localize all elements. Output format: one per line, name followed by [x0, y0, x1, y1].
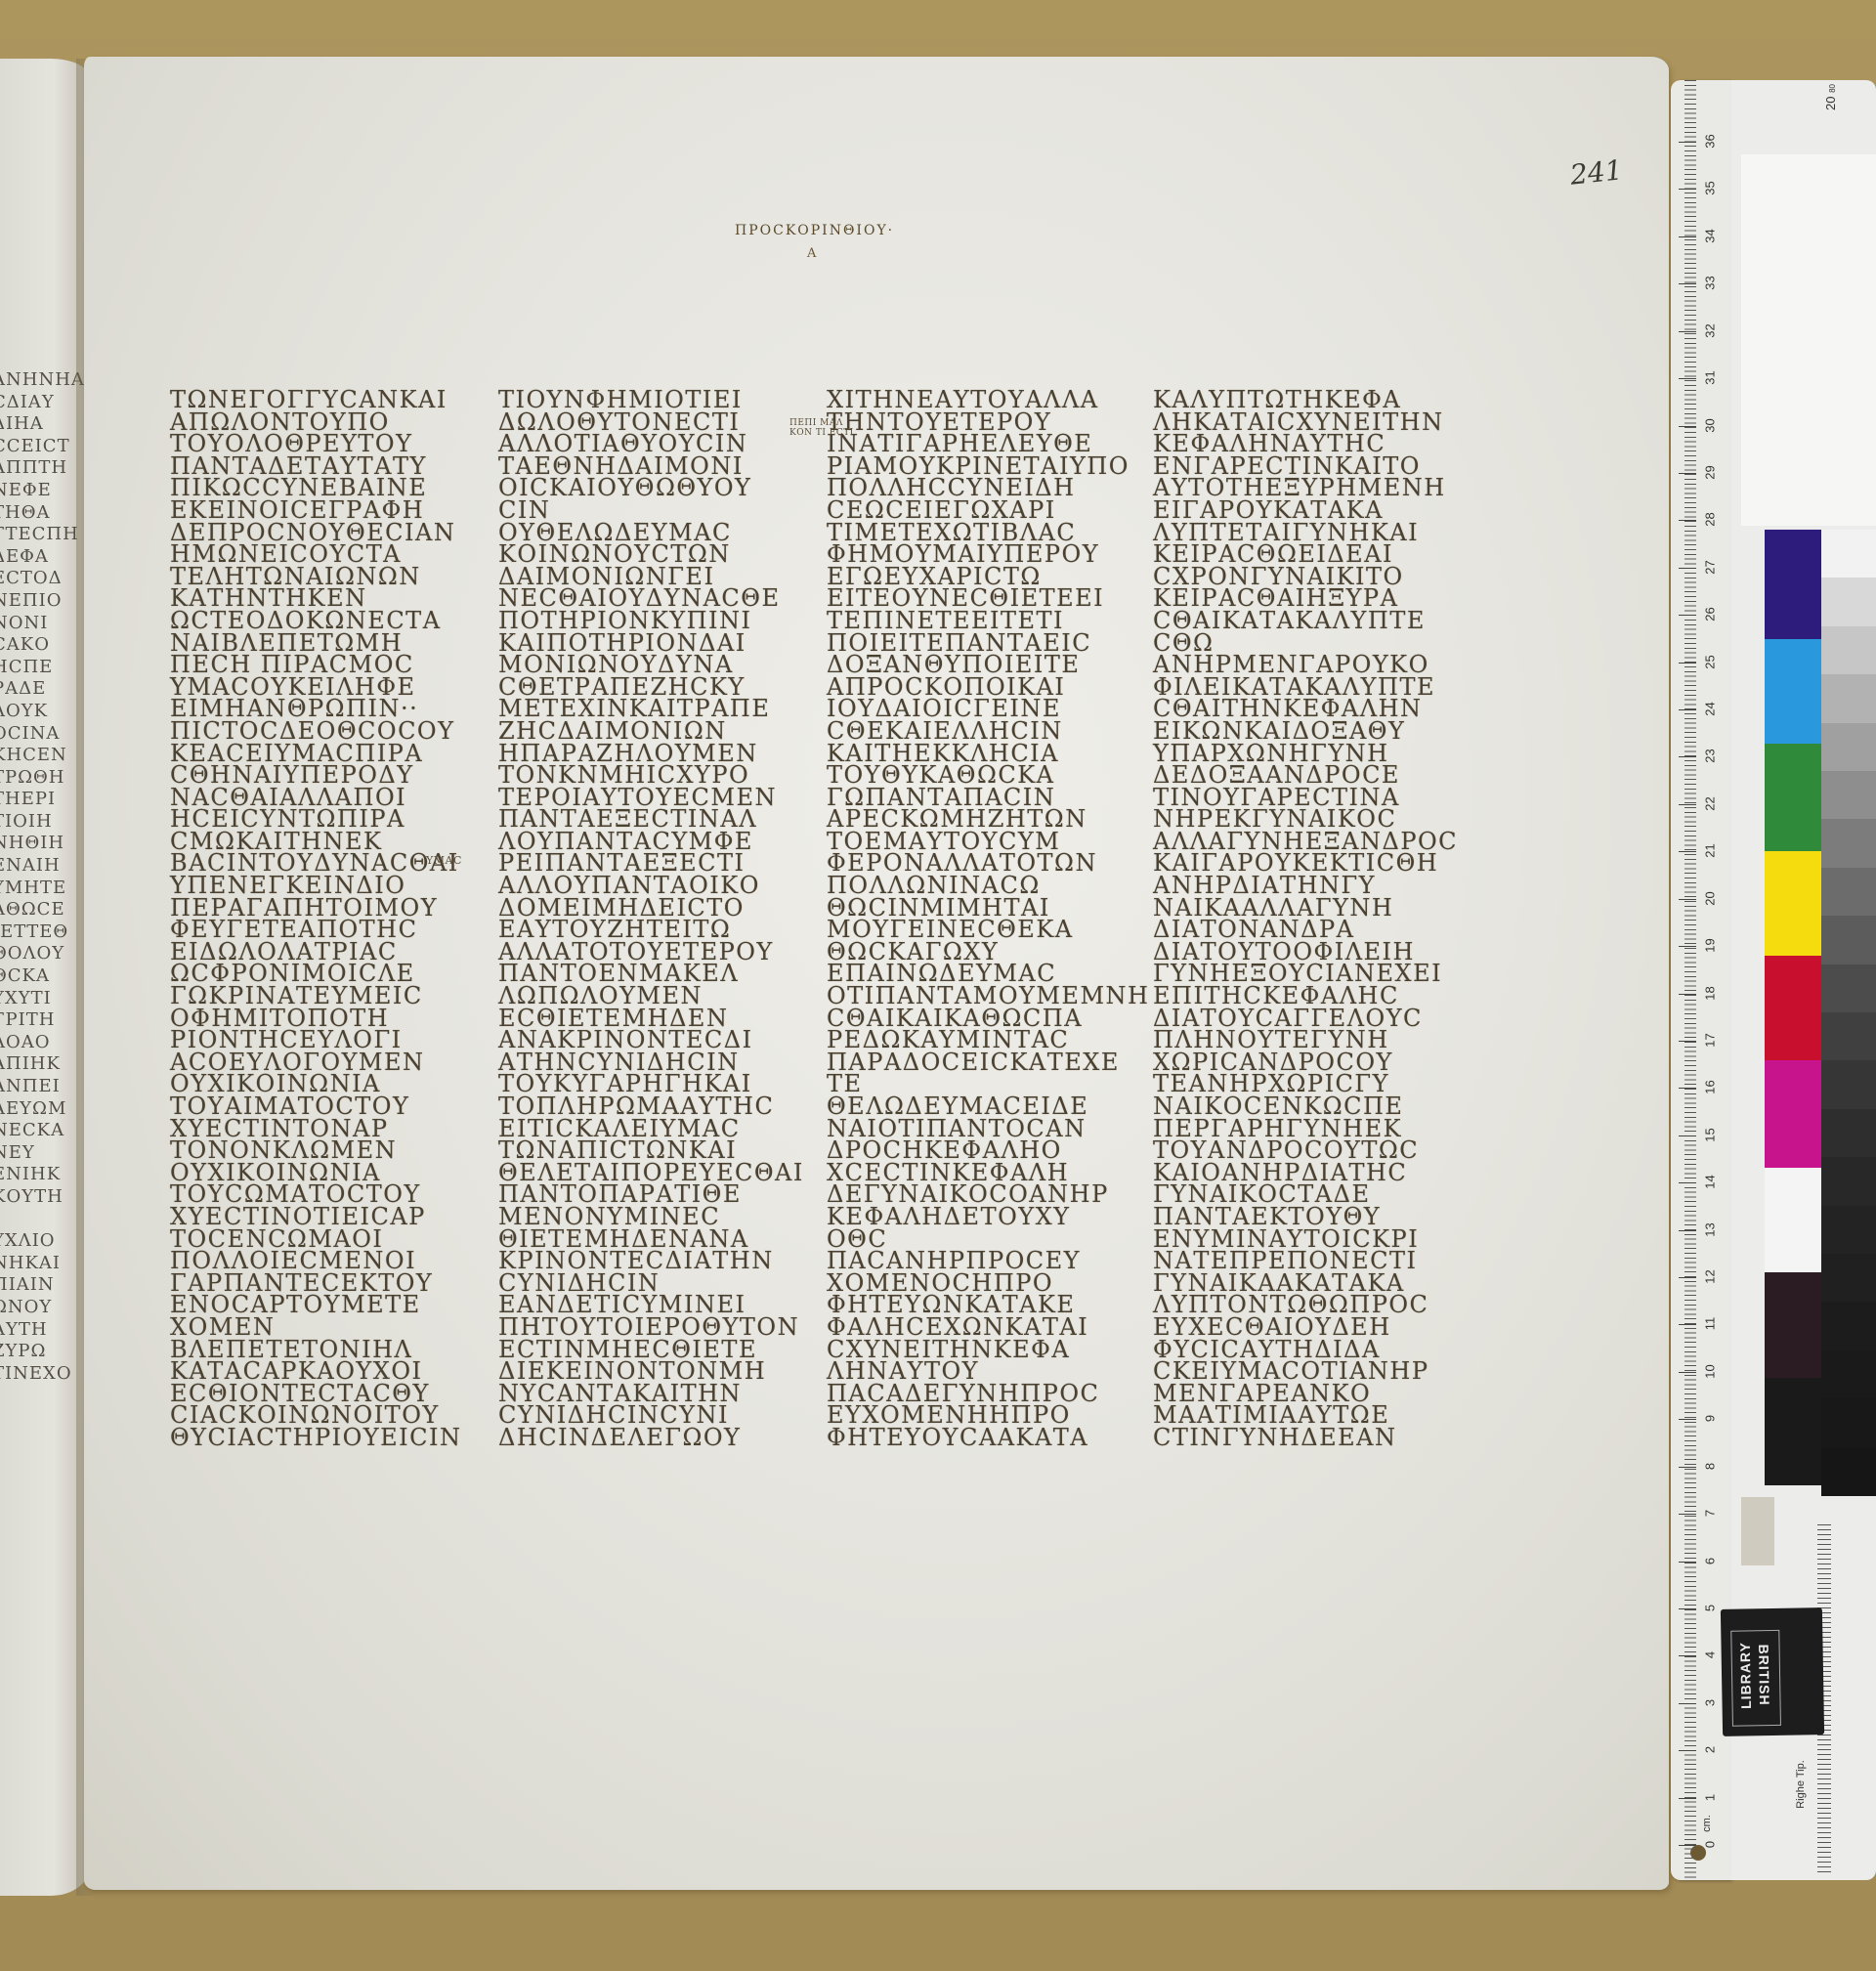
- ruler-major-tick: [1679, 756, 1696, 757]
- gray-step: [1821, 1206, 1876, 1255]
- ruler-major-tick: [1679, 189, 1696, 190]
- ruler-major-tick: [1679, 1135, 1696, 1136]
- previous-page-line: ΓΤΕCΠΗ: [0, 524, 76, 546]
- ruler-major-tick: [1679, 1562, 1696, 1563]
- ruler-major-tick: [1679, 1088, 1696, 1089]
- gray-step: [1821, 530, 1876, 578]
- gray-step: [1821, 674, 1876, 723]
- ruler-number: 28: [1703, 510, 1718, 530]
- ruler-major-tick: [1679, 473, 1696, 474]
- ruler-major-tick: [1679, 1182, 1696, 1183]
- ruler-major-tick: [1679, 804, 1696, 805]
- ruler-major-tick: [1679, 331, 1696, 332]
- previous-page-line: ΝΟΝΙ: [0, 613, 76, 635]
- ruler-number: 6: [1703, 1551, 1718, 1570]
- previous-page-line: CΑΚΟ: [0, 634, 76, 657]
- previous-page-line: ΑΕΥΩΜ: [0, 1098, 76, 1121]
- ruler-major-tick: [1679, 851, 1696, 852]
- ruler-hole: [1690, 1845, 1706, 1861]
- previous-page-line: ΤΗΘΑ: [0, 502, 76, 525]
- ruler-number: 35: [1703, 179, 1718, 198]
- ruler-major-tick: [1679, 1655, 1696, 1656]
- previous-page-line: ΤΙΟΙΗ: [0, 811, 76, 834]
- gray-step: [1821, 1254, 1876, 1303]
- ruler-major-tick: [1679, 236, 1696, 237]
- color-patch-yellow: [1765, 851, 1821, 956]
- previous-page-line: ΝΕCΚΑ: [0, 1120, 76, 1142]
- ruler-major-tick: [1679, 946, 1696, 947]
- ruler-number: 26: [1703, 605, 1718, 624]
- manuscript-line: ΔΗCΙΝΔΕΛΕΓΩΟΥ: [498, 1427, 821, 1449]
- ruler-number: 13: [1703, 1220, 1718, 1239]
- ruler-major-tick: [1679, 1514, 1696, 1515]
- color-patch-black: [1765, 1378, 1821, 1485]
- previous-page-line: ΝΕΠΙΟ: [0, 590, 76, 613]
- marginal-note: ΠΕΠΙ ΜΑΛ ΚΟΝ ΤΙ ΕCΤΙ: [789, 418, 854, 438]
- ruler-number: 24: [1703, 700, 1718, 719]
- secondary-scale-label: Righe Tip.: [1795, 1760, 1807, 1809]
- previous-page-line: ΕΝΙΗΚ: [0, 1164, 76, 1186]
- previous-page-line: ΥΧΥΤΙ: [0, 988, 76, 1010]
- gray-step: [1821, 868, 1876, 917]
- previous-page-line: ΙΕΤΤΕΘ: [0, 921, 76, 944]
- ruler-major-tick: [1679, 1230, 1696, 1231]
- ruler-major-tick: [1679, 1467, 1696, 1468]
- ruler-number: 18: [1703, 983, 1718, 1003]
- ruler-major-tick: [1679, 142, 1696, 143]
- previous-page-line: ΩΝΟΥ: [0, 1297, 76, 1319]
- ruler-number: 15: [1703, 1125, 1718, 1144]
- ruler-unit-label: cm.: [1701, 1815, 1713, 1832]
- gray-step: [1821, 723, 1876, 772]
- ruler-number: 11: [1703, 1314, 1718, 1334]
- ruler-number: 12: [1703, 1267, 1718, 1287]
- folio-number: 241: [1568, 153, 1624, 191]
- previous-page-line: ΝΗΚΑΙ: [0, 1253, 76, 1275]
- previous-page-line: ΘΟΛΟΥ: [0, 943, 76, 965]
- ruler-number: 1: [1703, 1787, 1718, 1807]
- previous-page-line: ΠΙΑΙΝ: [0, 1274, 76, 1297]
- ruler-number: 23: [1703, 747, 1718, 766]
- color-patch-red: [1765, 956, 1821, 1060]
- manuscript-line: ΦΗΤΕΥΟΥCΑΑΚΑΤΑ: [827, 1427, 1149, 1449]
- ruler-number: 32: [1703, 321, 1718, 340]
- previous-page-line: ΥΧΛΙΟ: [0, 1230, 76, 1253]
- quire-mark: Α: [807, 246, 816, 261]
- ruler-number: 14: [1703, 1173, 1718, 1192]
- previous-page-line: ΑΘΩCΕ: [0, 899, 76, 921]
- previous-page-line: ΚΟΥΤΗ: [0, 1186, 76, 1209]
- gray-step: [1821, 578, 1876, 626]
- previous-page-line: CCΕΙCΤ: [0, 436, 76, 458]
- ruler-number: 5: [1703, 1598, 1718, 1617]
- ruler-major-tick: [1679, 520, 1696, 521]
- ruler-number: 22: [1703, 793, 1718, 813]
- previous-page-line: ΝΗΘΙΗ: [0, 833, 76, 855]
- marginal-note-text: ΠΕΠΙ ΜΑΛ ΚΟΝ ΤΙ ΕCΤΙ: [789, 418, 854, 438]
- gray-step: [1821, 626, 1876, 675]
- previous-page-line: ΝΕΦΕ: [0, 480, 76, 502]
- british-library-logo: LIBRARY BRITISH: [1721, 1607, 1824, 1736]
- previous-page-line: ΑΝΠΕΙ: [0, 1076, 76, 1098]
- gray-step: [1821, 1060, 1876, 1109]
- previous-page-line: ΕCΤΟΔ: [0, 568, 76, 590]
- ruler-number: 3: [1703, 1692, 1718, 1712]
- top-mark-sub: 80: [1828, 84, 1837, 93]
- color-patch-white: [1765, 1168, 1821, 1272]
- previous-page-line: ΕΝΑΙΗ: [0, 855, 76, 878]
- ruler-number: 7: [1703, 1504, 1718, 1523]
- ruler-major-tick: [1679, 1703, 1696, 1704]
- ruler-number: 36: [1703, 132, 1718, 151]
- ruler-major-tick: [1679, 899, 1696, 900]
- previous-page-line: ΖΥΡΩ: [0, 1341, 76, 1363]
- previous-page-text: ΑΝΗΝΗΑCΔΙΑΥΔΙΗΑCCΕΙCΤΑΠΠΤΗΝΕΦΕΤΗΘΑΓΤΕCΠΗ…: [0, 369, 76, 1385]
- ruler-number: 31: [1703, 368, 1718, 388]
- ruler-ticks: [1671, 80, 1696, 1880]
- text-column-1: ΤΩΝΕΓΟΓΓΥCΑΝΚΑΙΑΠΩΛΟΝΤΟΥΠΟΤΟΥΟΛΟΘΡΕΥΤΟΥΠ…: [170, 389, 492, 1449]
- ruler-number: 16: [1703, 1078, 1718, 1097]
- ruler-major-tick: [1679, 1798, 1696, 1799]
- previous-page-line: ΚΗCΕΝ: [0, 745, 76, 767]
- ruler-major-tick: [1679, 1324, 1696, 1325]
- ruler-major-tick: [1679, 568, 1696, 569]
- ruler-major-tick: [1679, 663, 1696, 664]
- text-column-3: ΧΙΤΗΝΕΑΥΤΟΥΑΛΛΑΤΗΝΤΟΥΕΤΕΡΟΥΙΝΑΤΙΓΑΡΗΕΛΕΥ…: [827, 389, 1149, 1449]
- previous-page-line: ΝΕΥ: [0, 1142, 76, 1165]
- ruler-number: 2: [1703, 1740, 1718, 1760]
- previous-page-line: ΤΙΝΕΧΟ: [0, 1363, 76, 1386]
- ruler-major-tick: [1679, 1750, 1696, 1751]
- top-mark-value: 20: [1823, 97, 1838, 110]
- previous-page-line: ΑΠΠΤΗ: [0, 457, 76, 480]
- secondary-scale-top-mark: 20 80: [1823, 84, 1838, 110]
- logo-text-library: LIBRARY: [1737, 1642, 1754, 1709]
- gray-step: [1821, 1302, 1876, 1350]
- gray-step: [1821, 1157, 1876, 1206]
- ruler-major-tick: [1679, 615, 1696, 616]
- ruler-major-tick: [1679, 1608, 1696, 1609]
- ruler-number: 10: [1703, 1361, 1718, 1381]
- white-reference-card: [1741, 154, 1876, 526]
- ruler-number: 27: [1703, 557, 1718, 577]
- color-patch-green: [1765, 744, 1821, 851]
- running-title: ΠΡΟCΚΟΡΙΝΘΙΟΥ·: [735, 223, 894, 238]
- ruler-major-tick: [1679, 1277, 1696, 1278]
- color-patch-magenta: [1765, 1060, 1821, 1168]
- gray-step: [1821, 819, 1876, 868]
- logo-text-british: BRITISH: [1756, 1645, 1772, 1706]
- marginal-note-text: ΥΜΑC: [426, 854, 462, 867]
- gray-step: [1821, 916, 1876, 964]
- gray-step: [1821, 1350, 1876, 1399]
- ruler-major-tick: [1679, 1419, 1696, 1420]
- color-patch-cyan: [1765, 639, 1821, 744]
- previous-page-line: ΡΑΔΕ: [0, 678, 76, 701]
- ruler-number: 25: [1703, 652, 1718, 671]
- ruler-number: 34: [1703, 226, 1718, 245]
- previous-page-line: ΓΡΙΤΗ: [0, 1009, 76, 1032]
- ruler-number: 17: [1703, 1030, 1718, 1050]
- ruler-major-tick: [1679, 426, 1696, 427]
- previous-page-line: ΑΥΤΗ: [0, 1319, 76, 1342]
- previous-page-line: ΑΠΙΗΚ: [0, 1053, 76, 1076]
- color-patch-blue-violet: [1765, 530, 1821, 639]
- previous-page-line: ΑΝΗΝΗΑ: [0, 369, 76, 392]
- gray-step: [1821, 1447, 1876, 1496]
- previous-page-line: ΤΗΕΡΙ: [0, 789, 76, 811]
- previous-page-line: ΔΙΗΑ: [0, 413, 76, 436]
- ruler-number: 21: [1703, 841, 1718, 861]
- manuscript-line: ΠΑΡΑΔΟCΕΙCΚΑΤΕΧΕ: [827, 1051, 1149, 1074]
- previous-page-line: ΔΕΦΑ: [0, 546, 76, 569]
- ruler-number: 33: [1703, 274, 1718, 293]
- gray-step: [1821, 1109, 1876, 1158]
- ruler-number: 20: [1703, 888, 1718, 908]
- previous-page-line: CΔΙΑΥ: [0, 392, 76, 414]
- ruler-major-tick: [1679, 1372, 1696, 1373]
- manuscript-line: ΘΥCΙΑCΤΗΡΙΟΥΕΙCΙΝ: [170, 1427, 492, 1449]
- ruler-major-tick: [1679, 994, 1696, 995]
- previous-page-line: ΥΜΗΤΕ: [0, 878, 76, 900]
- manuscript-line: CΤΙΝΓΥΝΗΔΕΕΑΝ: [1153, 1427, 1475, 1449]
- ruler-number: 19: [1703, 936, 1718, 956]
- text-column-4: ΚΑΛΥΠΤΩΤΗΚΕΦΑΛΗΚΑΤΑΙCΧΥΝΕΙΤΗΝΚΕΦΑΛΗΝΑΥΤΗ…: [1153, 389, 1475, 1449]
- text-column-2: ΤΙΟΥΝΦΗΜΙΟΤΙΕΙΔΩΛΟΘΥΤΟΝΕCΤΙΑΛΛΟΤΙΑΘΥΟΥCΙ…: [498, 389, 821, 1449]
- ruler-major-tick: [1679, 283, 1696, 284]
- gray-step: [1821, 1398, 1876, 1447]
- previous-page-line: ΗCΠΕ: [0, 657, 76, 679]
- gray-step: [1821, 964, 1876, 1013]
- ruler-number: 29: [1703, 462, 1718, 482]
- previous-page-line: ΤΡΩΘΗ: [0, 767, 76, 790]
- color-patch-dark-brown: [1765, 1272, 1821, 1378]
- ruler-major-tick: [1679, 1041, 1696, 1042]
- ruler-number: 30: [1703, 415, 1718, 435]
- ruler-number: 9: [1703, 1409, 1718, 1429]
- previous-page-line: ΛΟΑΟ: [0, 1032, 76, 1054]
- gray-step: [1821, 771, 1876, 820]
- ruler-major-tick: [1679, 709, 1696, 710]
- marginal-note: ΥΜΑC: [426, 856, 462, 866]
- ruler-major-tick: [1679, 378, 1696, 379]
- previous-page-line: [0, 1209, 76, 1231]
- tape-piece: [1741, 1497, 1774, 1565]
- gray-step: [1821, 1012, 1876, 1061]
- ruler-number: 4: [1703, 1646, 1718, 1665]
- previous-page-line: ΘCΚΑ: [0, 965, 76, 988]
- previous-page-line: ΟCΙΝΑ: [0, 723, 76, 746]
- previous-page-line: ΛΟΥΚ: [0, 701, 76, 723]
- ruler-number: 8: [1703, 1456, 1718, 1476]
